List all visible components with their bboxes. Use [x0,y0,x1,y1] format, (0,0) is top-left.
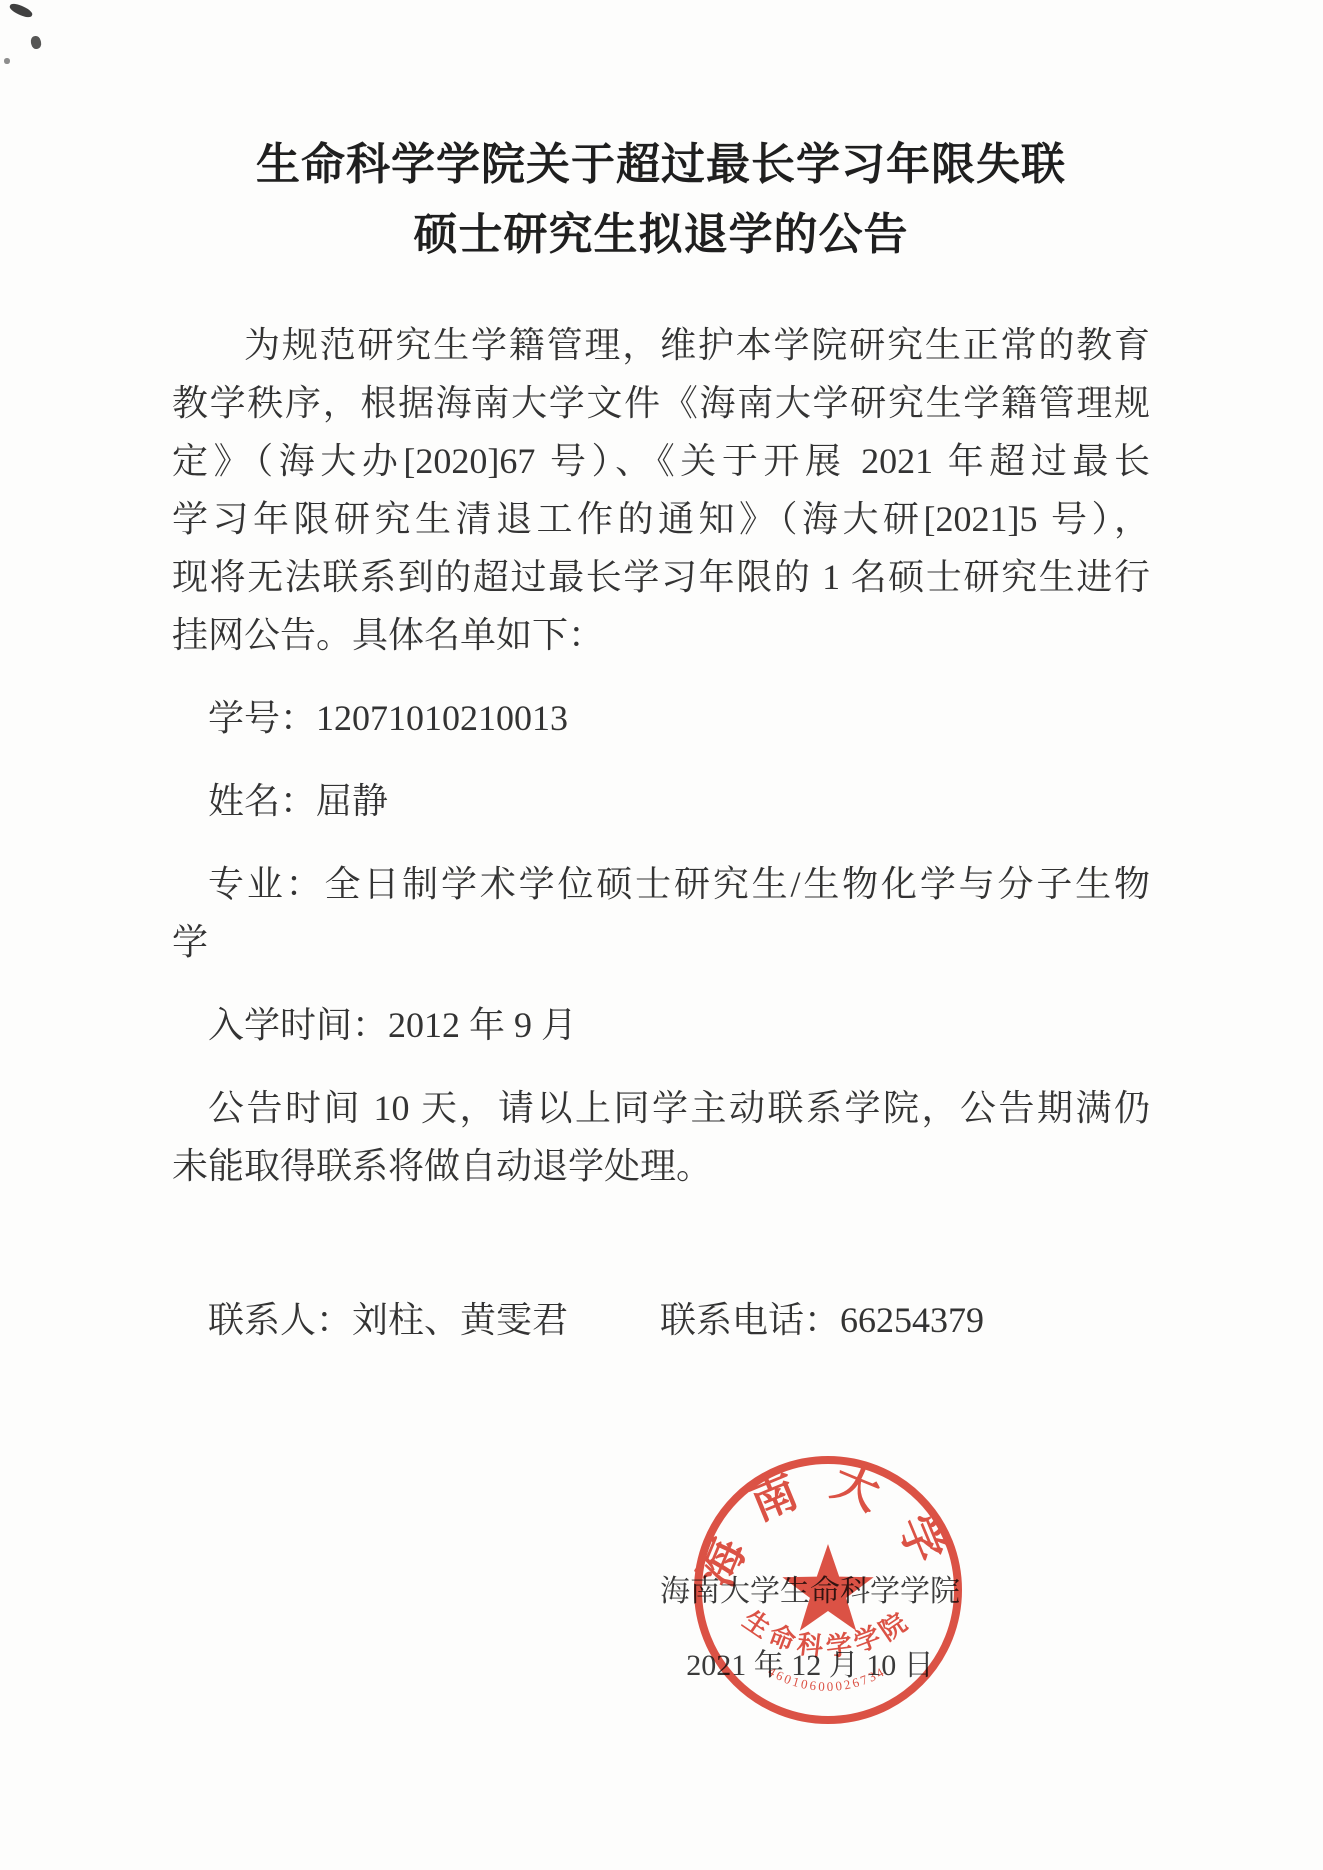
student-major: 专业：全日制学术学位硕士研究生/生物化学与分子生物 学 [172,855,1150,971]
student-enrollment: 入学时间：2012 年 9 月 [172,996,1150,1054]
body-line: 为规范研究生学籍管理，维护本学院研究生正常的教育 [172,316,1150,374]
contact-phone: 联系电话：66254379 [660,1291,984,1349]
body-line: 现将无法联系到的超过最长学习年限的 1 名硕士研究生进行 [172,548,1150,606]
announcement-document: 生命科学学院关于超过最长学习年限失联 硕士研究生拟退学的公告 为规范研究生学籍管… [0,0,1323,1697]
body-line: 教学秩序，根据海南大学文件《海南大学研究生学籍管理规 [172,374,1150,432]
enrollment-line: 入学时间：2012 年 9 月 [172,996,1150,1054]
document-page: 生命科学学院关于超过最长学习年限失联 硕士研究生拟退学的公告 为规范研究生学籍管… [0,0,1323,1870]
notice-paragraph: 公告时间 10 天，请以上同学主动联系学院，公告期满仍 未能取得联系将做自动退学… [172,1079,1150,1195]
signature-block: 海南大学生命科学学院 2021 年 12 月 10 日 [640,1561,980,1697]
signature-date: 2021 年 12 月 10 日 [640,1635,980,1697]
contact-person: 联系人：刘柱、黄雯君 [208,1291,568,1349]
contact-info: 联系人：刘柱、黄雯君 联系电话：66254379 [172,1291,1150,1349]
student-name-line: 姓名：屈静 [172,772,1150,830]
title-line-2: 硕士研究生拟退学的公告 [172,200,1150,270]
body-line: 定》（海大办[2020]67 号）、《关于开展 2021 年超过最长 [172,432,1150,490]
body-line: 未能取得联系将做自动退学处理。 [172,1137,1150,1195]
student-id: 学号：12071010210013 [172,689,1150,747]
title-line-1: 生命科学学院关于超过最长学习年限失联 [172,130,1150,200]
intro-paragraph: 为规范研究生学籍管理，维护本学院研究生正常的教育 教学秩序，根据海南大学文件《海… [172,316,1150,664]
document-title: 生命科学学院关于超过最长学习年限失联 硕士研究生拟退学的公告 [172,0,1150,270]
student-major-line-1: 专业：全日制学术学位硕士研究生/生物化学与分子生物 [172,855,1150,913]
signature-organization: 海南大学生命科学学院 [640,1561,980,1623]
body-line: 学习年限研究生清退工作的通知》（海大研[2021]5 号）， [172,490,1150,548]
student-id-line: 学号：12071010210013 [172,689,1150,747]
body-line: 公告时间 10 天，请以上同学主动联系学院，公告期满仍 [172,1079,1150,1137]
student-name: 姓名：屈静 [172,772,1150,830]
body-line: 挂网公告。具体名单如下： [172,606,1150,664]
student-major-line-2: 学 [172,913,1150,971]
